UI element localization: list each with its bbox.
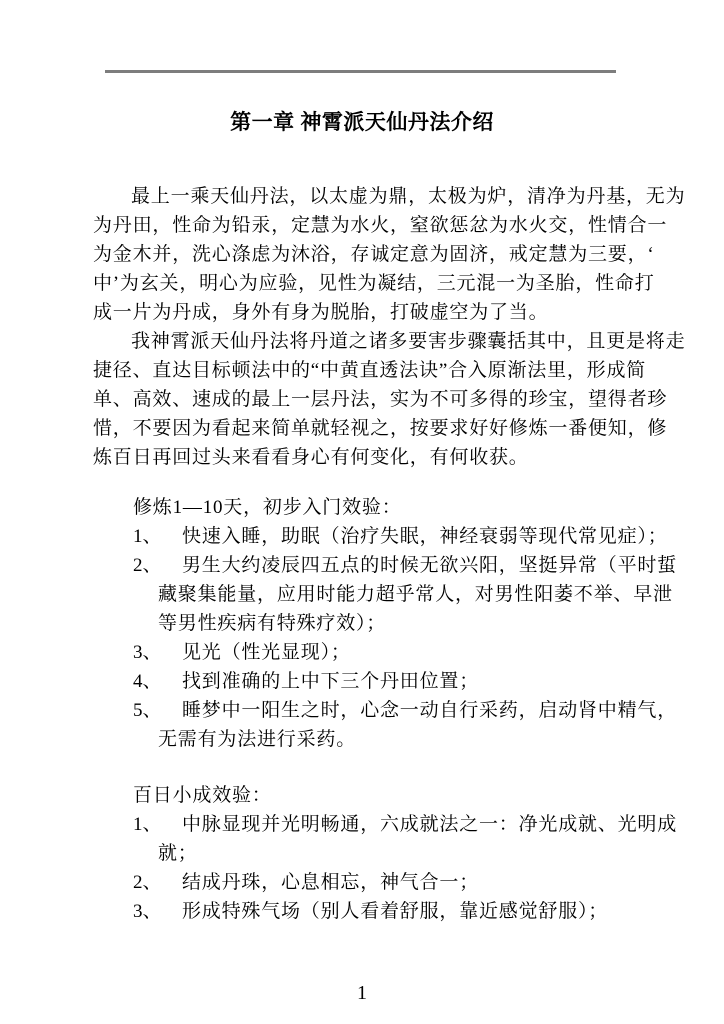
paragraph-line: 最上一乘天仙丹法，以太虚为鼎，太极为炉，清净为丹基，无为: [93, 182, 631, 211]
paragraph-line: 捷径、直达目标顿法中的“中黄直透法诀”合入原渐法里，形成简: [93, 356, 631, 385]
section-heading: 百日小成效验：: [133, 781, 631, 810]
list-item-number: 4、: [133, 667, 182, 696]
intro-paragraph-1: 最上一乘天仙丹法，以太虚为鼎，太极为炉，清净为丹基，无为 为丹田，性命为铅汞，定…: [93, 182, 631, 327]
list-item-text: 结成丹珠，心息相忘，神气合一；: [182, 872, 479, 893]
paragraph-line: 成一片为丹成，身外有身为脱胎，打破虚空为了当。: [93, 298, 631, 327]
paragraph-line: 单、高效、速成的最上一层丹法，实为不可多得的珍宝，望得者珍: [93, 385, 631, 414]
list-item-number: 3、: [133, 897, 182, 926]
list-item: 2、男生大约凌辰四五点的时候无欲兴阳，坚挺异常（平时蜇: [133, 551, 631, 580]
list-item: 1、快速入睡，助眠（治疗失眠，神经衰弱等现代常见症）；: [133, 522, 631, 551]
list-item-number: 5、: [133, 696, 182, 725]
paragraph-line: 为丹田，性命为铅汞，定慧为水火，窒欲惩忿为水火交，性情合一: [93, 211, 631, 240]
paragraph-line: 我神霄派天仙丹法将丹道之诸多要害步骤囊括其中，且更是将走: [93, 327, 631, 356]
list-item-text: 男生大约凌辰四五点的时候无欲兴阳，坚挺异常（平时蜇: [182, 555, 677, 576]
list-item: 3、见光（性光显现）；: [133, 638, 631, 667]
list-item: 1、中脉显现并光明畅通，六成就法之一：净光成就、光明成: [133, 810, 631, 839]
list-item-number: 1、: [133, 810, 182, 839]
list-item-text: 找到准确的上中下三个丹田位置；: [182, 671, 479, 692]
list-item: 3、形成特殊气场（别人看着舒服，靠近感觉舒服）；: [133, 897, 631, 926]
list-item-continuation: 藏聚集能量，应用时能力超乎常人，对男性阳萎不举、早泄: [158, 580, 631, 609]
chapter-title: 第一章 神霄派天仙丹法介绍: [0, 0, 724, 138]
list-item-text: 形成特殊气场（别人看着舒服，靠近感觉舒服）；: [182, 901, 608, 922]
intro-paragraph-2: 我神霄派天仙丹法将丹道之诸多要害步骤囊括其中，且更是将走 捷径、直达目标顿法中的…: [93, 327, 631, 472]
list-item-number: 3、: [133, 638, 182, 667]
list-item-text: 快速入睡，助眠（治疗失眠，神经衰弱等现代常见症）；: [182, 526, 668, 547]
list-item: 5、睡梦中一阳生之时，心念一动自行采药，启动肾中精气，: [133, 696, 631, 725]
header-rule: [105, 70, 616, 73]
list-item-continuation: 就；: [158, 839, 631, 868]
list-item: 4、找到准确的上中下三个丹田位置；: [133, 667, 631, 696]
list-item-continuation: 等男性疾病有特殊疗效）；: [158, 609, 631, 638]
list-item: 2、结成丹珠，心息相忘，神气合一；: [133, 868, 631, 897]
paragraph-line: 炼百日再回过头来看看身心有何变化，有何收获。: [93, 443, 631, 472]
paragraph-line: 惜，不要因为看起来简单就轻视之，按要求好好修炼一番便知，修: [93, 414, 631, 443]
list-item-text: 睡梦中一阳生之时，心念一动自行采药，启动肾中精气，: [182, 700, 677, 721]
paragraph-line: 为金木并，洗心涤虑为沐浴，存诚定意为固济，戒定慧为三要，‘: [93, 240, 631, 269]
list-item-number: 1、: [133, 522, 182, 551]
document-page: 第一章 神霄派天仙丹法介绍 最上一乘天仙丹法，以太虚为鼎，太极为炉，清净为丹基，…: [0, 0, 724, 1024]
page-number: 1: [0, 980, 724, 1006]
page-content: 最上一乘天仙丹法，以太虚为鼎，太极为炉，清净为丹基，无为 为丹田，性命为铅汞，定…: [0, 182, 724, 926]
list-item-text: 见光（性光显现）；: [182, 642, 351, 663]
section-heading: 修炼1—10天，初步入门效验：: [133, 493, 631, 522]
section-initial-effects: 修炼1—10天，初步入门效验： 1、快速入睡，助眠（治疗失眠，神经衰弱等现代常见…: [93, 493, 631, 754]
list-item-number: 2、: [133, 551, 182, 580]
paragraph-line: 中’为玄关，明心为应验，见性为凝结，三元混一为圣胎，性命打: [93, 269, 631, 298]
list-item-continuation: 无需有为法进行采药。: [158, 725, 631, 754]
list-item-text: 中脉显现并光明畅通，六成就法之一：净光成就、光明成: [182, 814, 677, 835]
section-hundred-days-effects: 百日小成效验： 1、中脉显现并光明畅通，六成就法之一：净光成就、光明成 就； 2…: [93, 781, 631, 926]
list-item-number: 2、: [133, 868, 182, 897]
